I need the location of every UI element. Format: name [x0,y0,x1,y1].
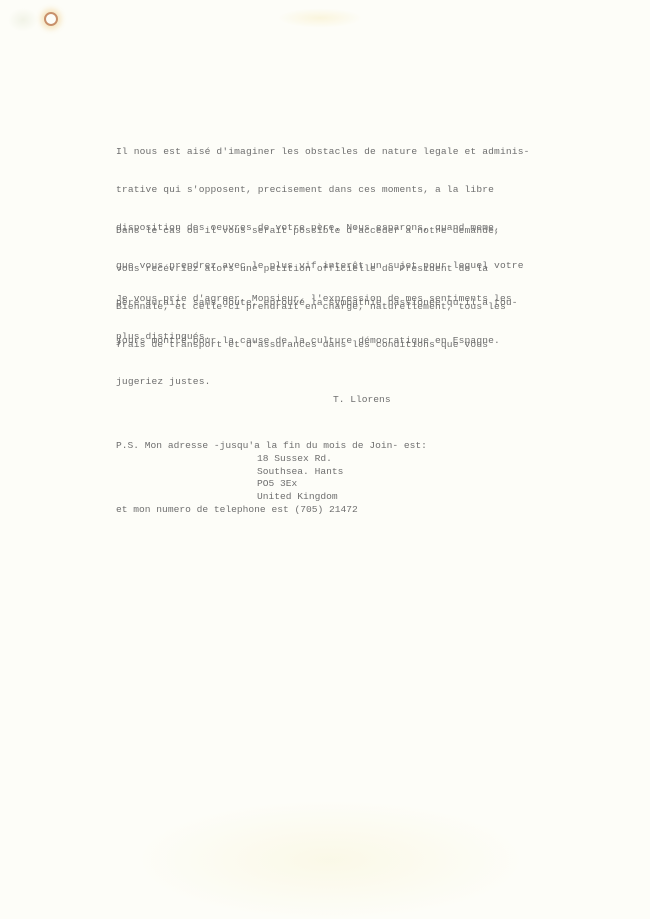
paragraph-closing: Je vous prie d'agreer, Monsieur, l'expre… [116,268,566,369]
text-line: Il nous est aisé d'imaginer les obstacle… [116,146,566,159]
address-line: Southsea. Hants [257,466,343,479]
staple-hole-stain [44,12,58,26]
address-line: PO5 3Ex [257,478,343,491]
address-line: 18 Sussex Rd. [257,453,343,466]
text-line: trative qui s'opposent, precisement dans… [116,184,566,197]
text-line: Je vous prie d'agreer, Monsieur, l'expre… [116,293,566,306]
text-line: jugeriez justes. [116,376,566,389]
letter-page: Il nous est aisé d'imaginer les obstacle… [0,0,650,919]
text-line: plus distingués. [116,331,566,344]
paper-smudge [8,8,38,32]
postscript-intro: P.S. Mon adresse -jusqu'a la fin du mois… [116,440,427,453]
text-line: Dans le cas ou il vous serait possible d… [116,225,566,238]
postscript-address: 18 Sussex Rd. Southsea. Hants PO5 3Ex Un… [257,453,343,503]
address-line: United Kingdom [257,491,343,504]
signature: T. Llorens [333,394,391,405]
postscript-phone: et mon numero de telephone est (705) 214… [116,504,358,515]
